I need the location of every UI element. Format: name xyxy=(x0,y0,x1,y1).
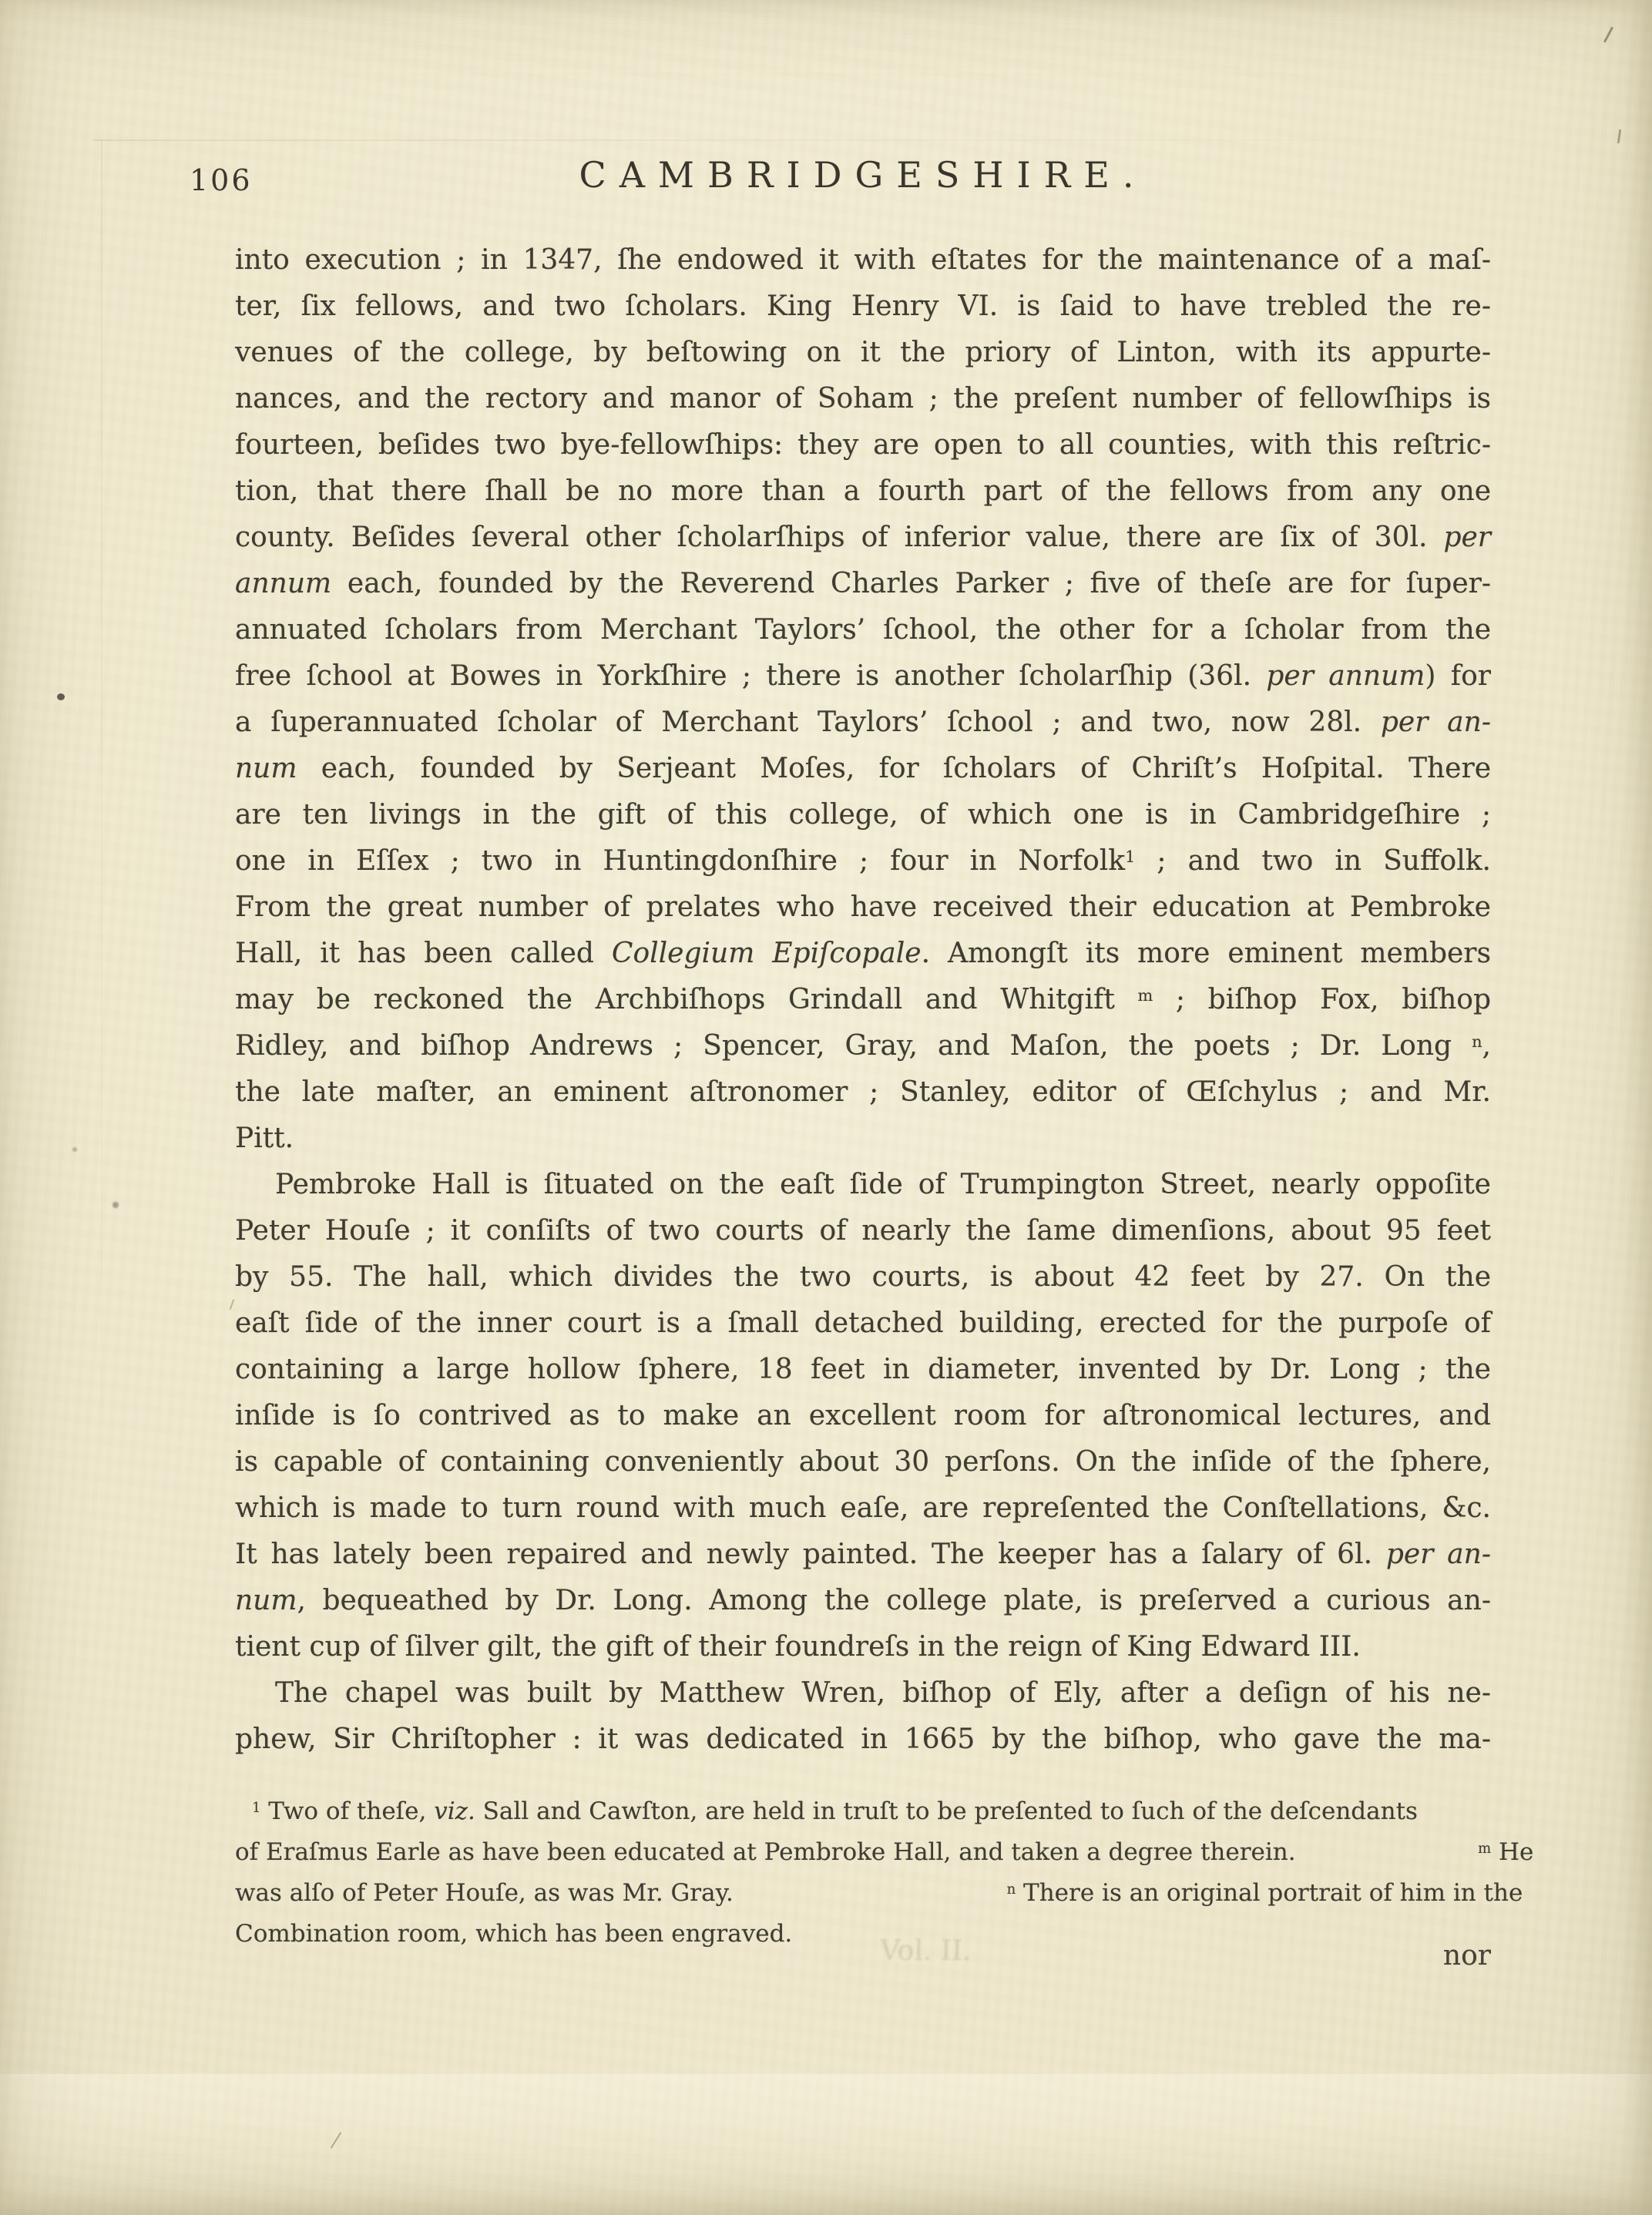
text-line: Hall, it has been called Collegium Epiſc… xyxy=(235,931,1491,977)
text-line: nances, and the rectory and manor of Soh… xyxy=(235,376,1491,422)
text-line: ter, ſix fellows, and two ſcholars. King… xyxy=(235,284,1491,330)
page-bottom-edge xyxy=(0,2074,1652,2215)
running-header: CAMBRIDGESHIRE. xyxy=(235,154,1491,196)
text-line: may be reckoned the Archbiſhops Grindall… xyxy=(235,977,1491,1023)
text-line: 1 Two of theſe, viz. Sall and Cawſton, a… xyxy=(235,1791,1499,1832)
text-line: phew, Sir Chriſtopher : it was dedicated… xyxy=(235,1717,1491,1763)
text-line: Ridley, and biſhop Andrews ; Spencer, Gr… xyxy=(235,1023,1491,1069)
scan-artifact xyxy=(1617,129,1621,143)
text-line: num, bequeathed by Dr. Long. Among the c… xyxy=(235,1578,1491,1624)
text-line: of Eraſmus Earle as have been educated a… xyxy=(235,1832,1499,1873)
paragraph: into execution ; in 1347, ſhe endowed it… xyxy=(235,237,1491,1162)
text-line: was alſo of Peter Houſe, as was Mr. Gray… xyxy=(235,1873,1499,1914)
text-line: the late maſter, an eminent aſtronomer ;… xyxy=(235,1069,1491,1116)
scan-artifact xyxy=(57,693,65,700)
text-line: annuated ſcholars from Merchant Taylors’… xyxy=(235,607,1491,653)
scan-artifact xyxy=(331,2132,341,2148)
text-line: county. Beſides ſeveral other ſcholarſhi… xyxy=(235,515,1491,561)
text-line: containing a large hollow ſphere, 18 fee… xyxy=(235,1347,1491,1393)
scan-artifact xyxy=(230,1299,235,1310)
text-line: one in Eſſex ; two in Huntingdonſhire ; … xyxy=(235,838,1491,884)
text-line: annum each, founded by the Reverend Char… xyxy=(235,561,1491,607)
scanned-book-page: 106 CAMBRIDGESHIRE. into execution ; in … xyxy=(0,0,1652,2215)
text-line: fourteen, beſides two bye-fellowſhips: t… xyxy=(235,422,1491,468)
text-line: is capable of containing conveniently ab… xyxy=(235,1439,1491,1485)
footnote-block: 1 Two of theſe, viz. Sall and Cawſton, a… xyxy=(235,1791,1499,1955)
text-line: free ſchool at Bowes in Yorkſhire ; ther… xyxy=(235,653,1491,700)
text-line: tion, that there ſhall be no more than a… xyxy=(235,468,1491,515)
text-line: a ſuperannuated ſcholar of Merchant Tayl… xyxy=(235,700,1491,746)
paragraph: Pembroke Hall is ſituated on the eaſt ſi… xyxy=(235,1162,1491,1670)
text-line: From the great number of prelates who ha… xyxy=(235,884,1491,931)
text-line: venues of the college, by beſtowing on i… xyxy=(235,330,1491,376)
text-line: Peter Houſe ; it conſiſts of two courts … xyxy=(235,1208,1491,1254)
text-line: The chapel was built by Matthew Wren, bi… xyxy=(235,1670,1491,1717)
scan-artifact xyxy=(72,1147,77,1152)
text-line: num each, founded by Serjeant Moſes, for… xyxy=(235,746,1491,792)
text-line: tient cup of ſilver gilt, the gift of th… xyxy=(235,1624,1491,1670)
body-text: into execution ; in 1347, ſhe endowed it… xyxy=(235,237,1491,1763)
scan-crease-vertical xyxy=(101,139,102,1988)
text-line: eaſt ſide of the inner court is a ſmall … xyxy=(235,1300,1491,1347)
text-line: Pitt. xyxy=(235,1116,1491,1162)
paragraph: The chapel was built by Matthew Wren, bi… xyxy=(235,1670,1491,1763)
scan-artifact xyxy=(112,1202,119,1208)
text-line: which is made to turn round with much ea… xyxy=(235,1485,1491,1532)
text-line: inſide is ſo contrived as to make an exc… xyxy=(235,1393,1491,1439)
scan-crease-horizontal xyxy=(92,139,1618,141)
text-line: into execution ; in 1347, ſhe endowed it… xyxy=(235,237,1491,284)
scan-artifact xyxy=(1603,27,1613,43)
text-line: It has lately been repaired and newly pa… xyxy=(235,1532,1491,1578)
text-line: are ten livings in the gift of this coll… xyxy=(235,792,1491,838)
bleedthrough-text: Vol. II. xyxy=(879,1935,972,1967)
catchword: nor xyxy=(235,1940,1491,1972)
text-line: by 55. The hall, which divides the two c… xyxy=(235,1254,1491,1300)
text-line: Pembroke Hall is ſituated on the eaſt ſi… xyxy=(235,1162,1491,1208)
